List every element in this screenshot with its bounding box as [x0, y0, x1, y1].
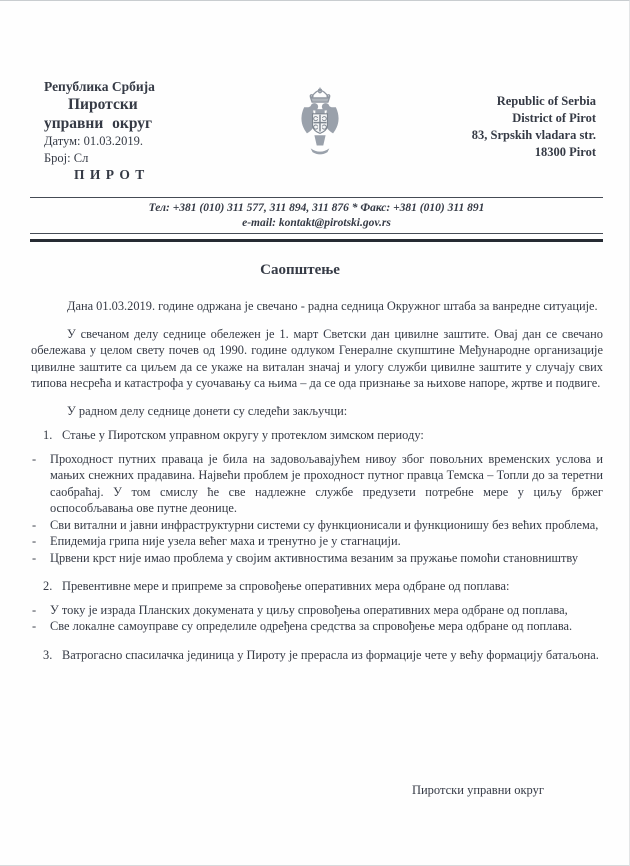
- document-number: Број: Сл: [44, 150, 155, 167]
- list-item: - Црвени крст није имао проблема у своји…: [31, 550, 603, 567]
- paragraph-intro: Дана 01.03.2019. године одржана је свеча…: [31, 298, 603, 315]
- list-item: - Све локалне самоуправе су определиле о…: [31, 618, 603, 635]
- numbered-item-3: 3. Ватрогасно спасилачка јединица у Пиро…: [43, 647, 603, 664]
- item-heading: Превентивне мере и припреме за спровођењ…: [62, 578, 603, 595]
- street-address: 83, Srpskih vladara str.: [472, 127, 596, 144]
- document-title: Саопштење: [0, 262, 600, 279]
- bullet-dash: -: [31, 550, 50, 567]
- item-number: 3.: [43, 647, 62, 664]
- letterhead-left: Република Србија Пиротски управни округ …: [44, 79, 155, 183]
- city-name: П И Р О Т: [74, 167, 155, 183]
- phone-fax-line: Тел: +381 (010) 311 577, 311 894, 311 87…: [30, 201, 603, 216]
- horizontal-rule-lower: [30, 233, 603, 234]
- item-heading: Ватрогасно спасилачка јединица у Пироту …: [62, 647, 603, 664]
- item-number: 1.: [43, 427, 62, 444]
- country-name: Република Србија: [44, 79, 155, 95]
- paragraph-ceremony: У свечаном делу седнице обележен је 1. м…: [31, 326, 603, 392]
- list-item-text: Сви витални и јавни инфраструктурни сист…: [50, 517, 603, 534]
- bullet-dash: -: [31, 451, 50, 517]
- serbia-coat-of-arms-icon: [292, 85, 348, 165]
- list-item: - Сви витални и јавни инфраструктурни си…: [31, 517, 603, 534]
- bullet-dash: -: [31, 533, 50, 550]
- list-item: - Епидемија грипа није узела већег маха …: [31, 533, 603, 550]
- list-item-text: Све локалне самоуправе су определиле одр…: [50, 618, 603, 635]
- document-body: Дана 01.03.2019. године одржана је свеча…: [31, 298, 603, 670]
- list-item: - У току је израда Планских докумената у…: [31, 602, 603, 619]
- district-name-en: District of Pirot: [472, 110, 596, 127]
- bullet-dash: -: [31, 517, 50, 534]
- item-number: 2.: [43, 578, 62, 595]
- email-line: e-mail: kontakt@pirotski.gov.rs: [30, 216, 603, 231]
- document-date: Датум: 01.03.2019.: [44, 133, 155, 150]
- bullet-dash: -: [31, 602, 50, 619]
- contact-strip: Тел: +381 (010) 311 577, 311 894, 311 87…: [30, 197, 603, 242]
- country-name-en: Republic of Serbia: [472, 93, 596, 110]
- signature-org-name: Пиротски управни округ: [412, 783, 544, 798]
- horizontal-rule-thick: [30, 239, 603, 242]
- scanned-document-page: Република Србија Пиротски управни округ …: [0, 0, 630, 866]
- list-item-text: Проходност путних праваца је била на зад…: [50, 451, 603, 517]
- paragraph-conclusions-intro: У радном делу седнице донети су следећи …: [31, 403, 603, 420]
- letterhead-right: Republic of Serbia District of Pirot 83,…: [472, 93, 596, 161]
- district-name-line2: управни округ: [44, 114, 155, 133]
- list-item: - Проходност путних праваца је била на з…: [31, 451, 603, 517]
- numbered-item-2: 2. Превентивне мере и припреме за спрово…: [43, 578, 603, 595]
- district-name-line1: Пиротски: [68, 95, 155, 114]
- horizontal-rule-top: [30, 197, 603, 198]
- list-item-text: У току је израда Планских докумената у ц…: [50, 602, 603, 619]
- item-heading: Стање у Пиротском управном округу у прот…: [62, 427, 603, 444]
- list-item-text: Црвени крст није имао проблема у својим …: [50, 550, 603, 567]
- numbered-item-1: 1. Стање у Пиротском управном округу у п…: [43, 427, 603, 444]
- list-item-text: Епидемија грипа није узела већег маха и …: [50, 533, 603, 550]
- postal-city: 18300 Pirot: [472, 144, 596, 161]
- bullet-dash: -: [31, 618, 50, 635]
